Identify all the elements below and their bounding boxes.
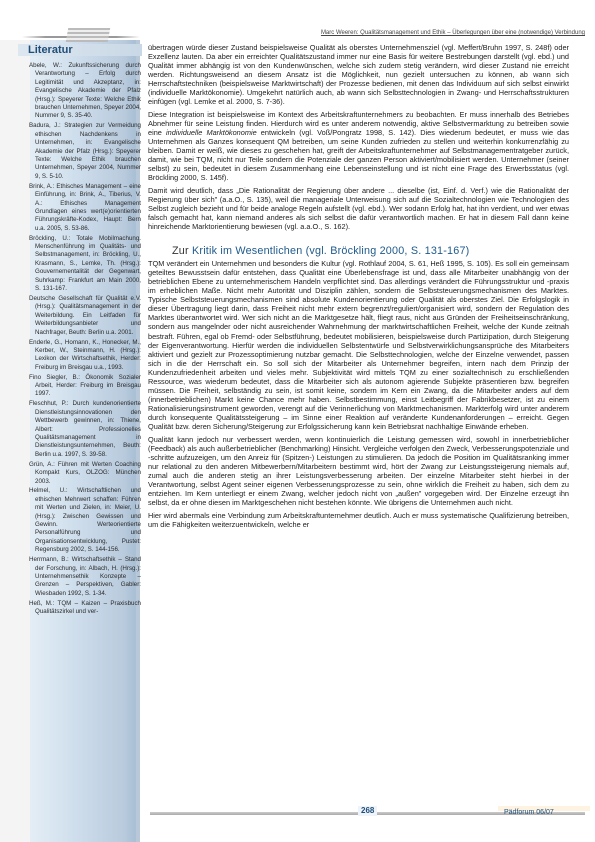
emphasis-text: individuelle Marktökonomie <box>166 128 257 137</box>
reference-item: Bröckling, U.: Totale Mobilmachung. Mens… <box>29 235 141 294</box>
reference-item: Fleschhut, P.: Durch kundenorientierte D… <box>29 400 141 459</box>
paragraph: Qualität kann jedoch nur verbessert werd… <box>148 435 569 507</box>
reference-item: Helmel, U.: Wirtschaftlichen und ethisch… <box>29 487 141 554</box>
paragraph: TQM verändert ein Unternehmen und besond… <box>148 259 569 431</box>
paragraph-text: entwickeln (vgl. Voß/Pongratz 1998, S. 1… <box>148 128 569 182</box>
paragraph: Hier wird abermals eine Verbindung zum A… <box>148 511 569 529</box>
reference-list: Abele, W.: Zukunftssicherung durch Veran… <box>29 62 141 618</box>
heading-prefix: Zur <box>172 245 192 257</box>
paragraph: Damit wird deutlich, dass „Die Rationali… <box>148 186 569 231</box>
reference-item: Fino Siegler, B.: Ökonomik Sozialer Arbe… <box>29 374 141 399</box>
reference-item: Enderle, G., Homann, K., Honecker, M., K… <box>29 339 141 373</box>
journal-logo <box>22 28 142 44</box>
reference-item: Abele, W.: Zukunftssicherung durch Veran… <box>29 62 141 121</box>
reference-item: Brink, A.: Ethisches Management – eine E… <box>29 183 141 233</box>
paragraph: Diese Integration ist beispielsweise im … <box>148 110 569 182</box>
section-heading: Zur Kritik im Wesentlichen (vgl. Bröckli… <box>172 245 569 257</box>
logo-mark-icon <box>66 28 110 42</box>
page-number: 268 <box>358 806 377 816</box>
reference-item: Herrmann, B.: Wirtschaftsethik – Stand d… <box>29 556 141 598</box>
paragraph: übertragen würde dieser Zustand beispiel… <box>148 43 569 106</box>
sidebar-heading: Literatur <box>18 44 142 56</box>
reference-item: Grün, A.: Führen mit Werten Coaching Kom… <box>29 461 141 486</box>
running-header: Marc Weeren: Qualitätsmanagement und Eth… <box>167 29 585 37</box>
reference-item: Heß, M.: TQM – Kaizen – Praxisbuch Quali… <box>29 600 141 617</box>
reference-item: Badura, J.: Strategien zur Vermeidung et… <box>29 122 141 181</box>
heading-text: Kritik im Wesentlichen (vgl. Bröckling 2… <box>192 245 469 257</box>
reference-item: Deutsche Gesellschaft für Qualität e.V. … <box>29 295 141 337</box>
main-text: übertragen würde dieser Zustand beispiel… <box>148 43 569 532</box>
journal-name: Pädforum 06/07 <box>504 808 554 817</box>
